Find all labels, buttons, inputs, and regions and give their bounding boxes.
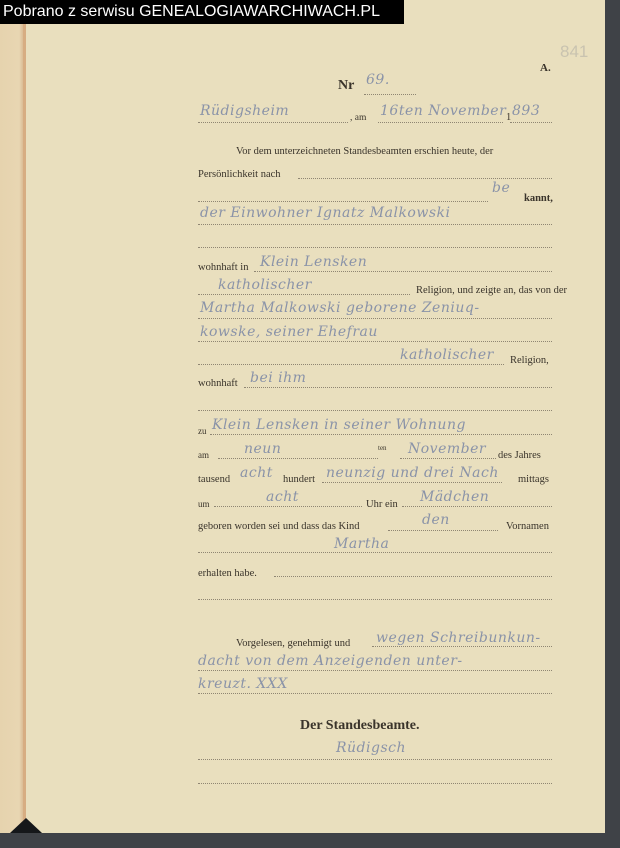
sex-value: Mädchen: [420, 489, 489, 505]
closing-line2: dacht von dem Anzeigenden unter-: [198, 653, 463, 669]
blank-line-3: [198, 599, 552, 600]
vorgelesen-label: Vorgelesen, genehmigt und: [236, 638, 350, 649]
bekannt-hand: be: [492, 180, 510, 196]
child-name-value: Martha: [334, 536, 389, 552]
place-line: [198, 122, 348, 123]
bekannt-line: [198, 201, 488, 202]
erhalten-label: erhalten habe.: [198, 568, 257, 579]
blank-line-4: [198, 783, 552, 784]
religion-line: [198, 294, 410, 295]
child-hand: den: [422, 512, 450, 528]
des-jahres-label: des Jahres: [498, 450, 541, 461]
informant-value: der Einwohner Ignatz Malkowski: [200, 205, 450, 221]
residence-line: [254, 271, 552, 272]
mother-religion-line: [198, 364, 504, 365]
vornamen-label: Vornamen: [506, 521, 549, 532]
place-value: Rüdigsheim: [200, 103, 289, 119]
sex-line: [402, 506, 552, 507]
year-words-line: [322, 482, 502, 483]
intro-line1: Vor dem unterzeichneten Standesbeamten e…: [236, 146, 493, 157]
hundert-label: hundert: [283, 474, 315, 485]
persoenlichkeit-line: [298, 178, 552, 179]
child-hand-line: [388, 530, 498, 531]
closing-line1: wegen Schreibunkun-: [376, 630, 541, 646]
hour-value: acht: [266, 489, 299, 505]
mittags-label: mittags: [518, 474, 549, 485]
am-label2: am: [198, 450, 209, 460]
nr-line: [364, 94, 416, 95]
mother-line1: Martha Malkowski geborene Zeniuq-: [200, 300, 480, 316]
wohnhaft-label: wohnhaft: [198, 378, 238, 389]
archive-number: 841: [560, 42, 588, 62]
day-line: [218, 458, 378, 459]
child-name-line: [198, 552, 552, 553]
blank-line-1: [198, 247, 552, 248]
blank-line-2: [198, 410, 552, 411]
mother-residence-value: bei ihm: [250, 370, 306, 386]
residence-value: Klein Lensken: [260, 254, 367, 270]
mother-line2: kowske, seiner Ehefrau: [200, 324, 378, 340]
uhr-ein-label: Uhr ein: [366, 499, 398, 510]
nr-value: 69.: [366, 72, 390, 88]
left-page-strip: [0, 0, 24, 833]
erhalten-line: [274, 576, 552, 577]
source-banner: Pobrano z serwisu GENEALOGIAWARCHIWACH.P…: [0, 0, 404, 24]
hundreds-value: acht: [240, 465, 273, 481]
year-words-value: neunzig und drei Nach: [326, 465, 499, 481]
nr-label: Nr: [338, 78, 354, 94]
year-value: 893: [512, 103, 540, 119]
hour-line: [214, 506, 362, 507]
month-value: November: [408, 441, 486, 457]
closing-line3-rule: [198, 693, 552, 694]
zu-label: zu: [198, 426, 207, 436]
geboren-label: geboren worden sei und dass das Kind: [198, 521, 360, 532]
religion-label: Religion, und zeigte an, das von der: [416, 285, 567, 296]
religion-label2: Religion,: [510, 355, 549, 366]
month-line: [400, 458, 496, 459]
mother-line2-rule: [198, 341, 552, 342]
signature-value: Rüdigsch: [336, 740, 406, 756]
day-value: neun: [244, 441, 281, 457]
persoenlichkeit-label: Persönlichkeit nach: [198, 169, 281, 180]
document-page: 841 A. Nr 69. Rüdigsheim , am 16ten Nove…: [0, 0, 605, 833]
um-label: um: [198, 499, 210, 509]
closing-line3: kreuzt. XXX: [198, 676, 288, 692]
wohnhaft-in-label: wohnhaft in: [198, 262, 248, 273]
informant-line: [198, 224, 552, 225]
religion-value: katholischer: [218, 277, 312, 293]
am-label: , am: [350, 113, 366, 123]
date-line: [378, 122, 503, 123]
page-fold: [23, 0, 26, 833]
date-value: 16ten November: [380, 103, 506, 119]
ten-label: ten: [378, 444, 387, 452]
mother-religion-value: katholischer: [400, 347, 494, 363]
birthplace-value: Klein Lensken in seiner Wohnung: [212, 417, 466, 433]
bekannt-label: kannt,: [524, 193, 553, 204]
mother-line1-rule: [198, 318, 552, 319]
closing-line2-rule: [198, 670, 552, 671]
mother-residence-line: [244, 387, 552, 388]
year-line: [510, 122, 552, 123]
signature-title: Der Standesbeamte.: [300, 718, 420, 734]
series-letter: A.: [540, 62, 551, 74]
closing-line1-rule: [372, 646, 552, 647]
tausend-label: tausend: [198, 474, 230, 485]
signature-line: [198, 759, 552, 760]
birthplace-line: [210, 434, 552, 435]
